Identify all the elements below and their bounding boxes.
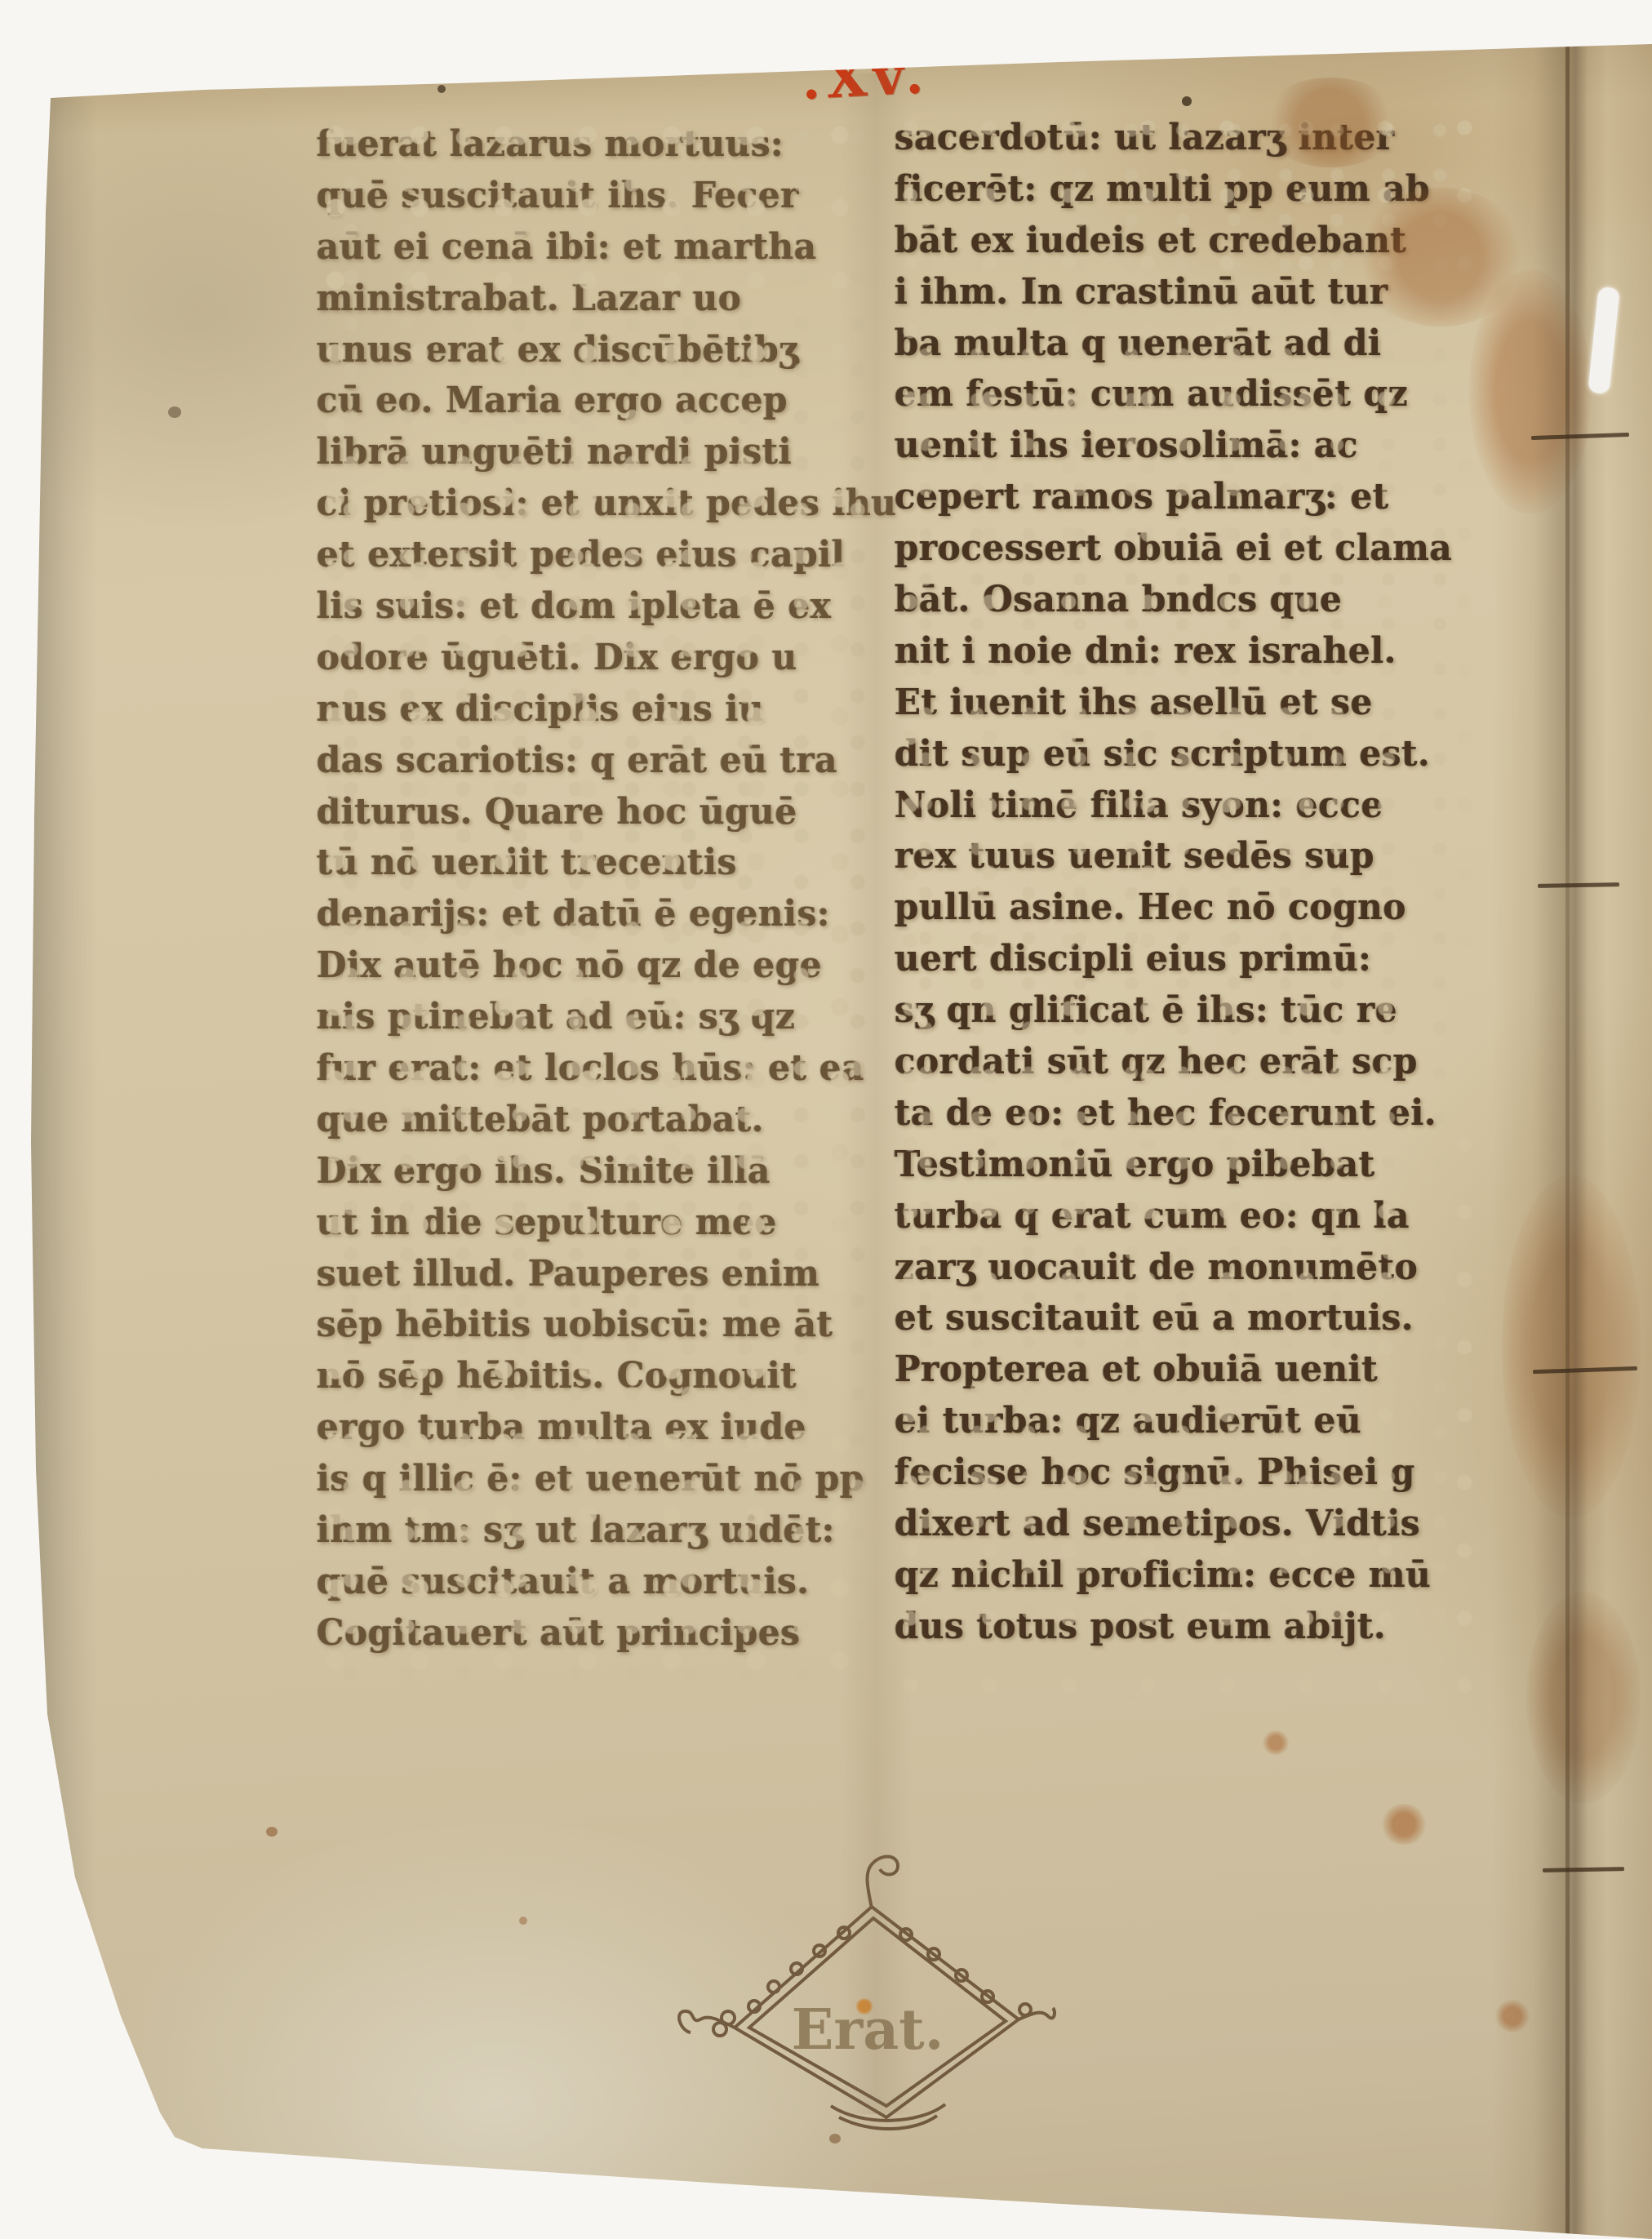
manuscript-line: tū nō ueniit trecentis [317,837,865,889]
manuscript-line: ihm tm: sʒ ut lazarʒ uidēt: [317,1505,865,1557]
ornament-diamond-outer [735,1907,1019,2117]
manuscript-line: ta de eo: et hec fecerunt ei. [895,1088,1443,1139]
manuscript-line: Testimoniū ergo pibebat [895,1139,1443,1191]
manuscript-line: Cogitauert aūt principes [317,1608,865,1659]
manuscript-line: is q illic ē: et uenerūt nō pp [317,1454,865,1505]
manuscript-line: Noli timē filia syon: ecce [895,780,1443,832]
binding-gutter [1492,0,1652,2239]
manuscript-line: sēp hēbitis uobiscū: me āt [317,1299,865,1351]
stain [1379,1804,1428,1845]
manuscript-line: sacerdotū: ut lazarʒ inter [895,113,1443,164]
manuscript-line: lis suis: et dom ipleta ē ex [317,581,865,633]
manuscript-line: quē suscitauit a mortuis. [317,1557,865,1608]
manuscript-line: fuerat lazarus mortuus: [317,119,865,171]
manuscript-line: rex tuus uenit sedēs sup [895,831,1443,882]
manuscript-line: nit i noie dni: rex israhel. [895,626,1443,677]
catchword-text: Erat. [792,1997,944,2063]
manuscript-line: uert discipli eius primū: [895,934,1443,985]
text-column-right: sacerdotū: ut lazarʒ interficerēt: qz mu… [895,113,1443,1653]
manuscript-line: unus erat ex discūbētibʒ [317,325,865,376]
manuscript-line: dit sup eū sic scriptum est. [895,729,1443,780]
speck [168,406,181,418]
manuscript-line: ba multa q uenerāt ad di [895,318,1443,370]
manuscript-line: sʒ qn glificat ē ihs: tūc re [895,985,1443,1037]
manuscript-line: zarʒ uocauit de monumēto [895,1242,1443,1294]
manuscript-line: das scariotis: q erāt eū tra [317,735,865,787]
manuscript-line: odore ūguēti. Dix ergo u [317,633,865,684]
manuscript-line: ei turba: qz audierūt eū [895,1396,1443,1447]
binding-crease [1565,0,1570,2239]
manuscript-line: i ihm. In crastinū aūt tur [895,267,1443,318]
manuscript-line: nō sēp hēbitis. Cognouit [317,1351,865,1402]
manuscript-line: turba q erat cum eo: qn la [895,1191,1443,1242]
catchword-ornament: Erat. [676,1846,1059,2132]
manuscript-line: Dix ergo ihs. Sinite illā [317,1146,865,1197]
text-column-left: fuerat lazarus mortuus:quē suscitauit ih… [317,119,865,1659]
manuscript-line: nus ex disciplis eius iu [317,684,865,735]
manuscript-line: pullū asine. Hec nō cogno [895,882,1443,934]
manuscript-line: ci pretiosi: et unxit pedes ihu [317,478,865,530]
manuscript-line: que mittebāt portabat. [317,1095,865,1146]
manuscript-line: uenit ihs ierosolimā: ac [895,420,1443,472]
manuscript-line: cepert ramos palmarʒ: et [895,472,1443,523]
manuscript-line: diturus. Quare hoc ūguē [317,787,865,838]
stain [1261,1730,1290,1755]
stain [855,1998,873,2015]
manuscript-line: bāt. Osanna bndcs que [895,575,1443,626]
manuscript-line: fecisse hoc signū. Phisei g [895,1447,1443,1499]
manuscript-line: ergo turba multa ex iude [317,1402,865,1454]
speck [519,1917,527,1925]
manuscript-line: processert obuiā ei et clama [895,523,1443,575]
manuscript-line: quē suscitauit ihs. Fecer [317,171,865,222]
manuscript-line: ut in die sepulture mee [317,1197,865,1249]
folio-number: .Xv. [800,44,931,112]
speck [266,1827,278,1837]
manuscript-line: cordati sūt qz hec erāt scp [895,1037,1443,1088]
manuscript-line: et extersit pedes eius capil [317,530,865,581]
manuscript-line: cū eo. Maria ergo accep [317,375,865,427]
manuscript-line: dixert ad semetipos. Vidtis [895,1499,1443,1550]
manuscript-line: suet illud. Pauperes enim [317,1249,865,1300]
ornament-hook [868,1856,898,1908]
manuscript-line: ficerēt: qz multi pp eum ab [895,164,1443,215]
ornament-diamond-inner [749,1918,1006,2106]
manuscript-line: dus totus post eum abijt. [895,1602,1443,1653]
manuscript-line: fur erat: et loclos hūs: et ea [317,1043,865,1095]
manuscript-line: em festū: cum audissēt qz [895,369,1443,420]
manuscript-line: aūt ei cenā ibi: et martha [317,222,865,273]
speck [437,85,446,93]
leaf-left-edge-shadow [24,82,98,2139]
manuscript-line: Et iuenit ihs asellū et se [895,677,1443,729]
manuscript-line: denarijs: et datū ē egenis: [317,889,865,940]
speck [1182,96,1192,106]
manuscript-line: Dix autē hoc nō qz de ege [317,940,865,992]
manuscript-line: qz nichil proficim: ecce mū [895,1550,1443,1602]
manuscript-line: nis ptinebat ad eū: sʒ qz [317,992,865,1043]
manuscript-line: bāt ex iudeis et credebant [895,215,1443,267]
speck [829,2134,841,2143]
manuscript-line: ministrabat. Lazar uo [317,273,865,325]
manuscript-line: Propterea et obuiā uenit [895,1344,1443,1396]
parchment-leaf: .Xv. fuerat lazarus mortuus:quē suscitau… [0,0,1652,2239]
manuscript-line: librā unguēti nardi pisti [317,427,865,478]
manuscript-line: et suscitauit eū a mortuis. [895,1293,1443,1344]
